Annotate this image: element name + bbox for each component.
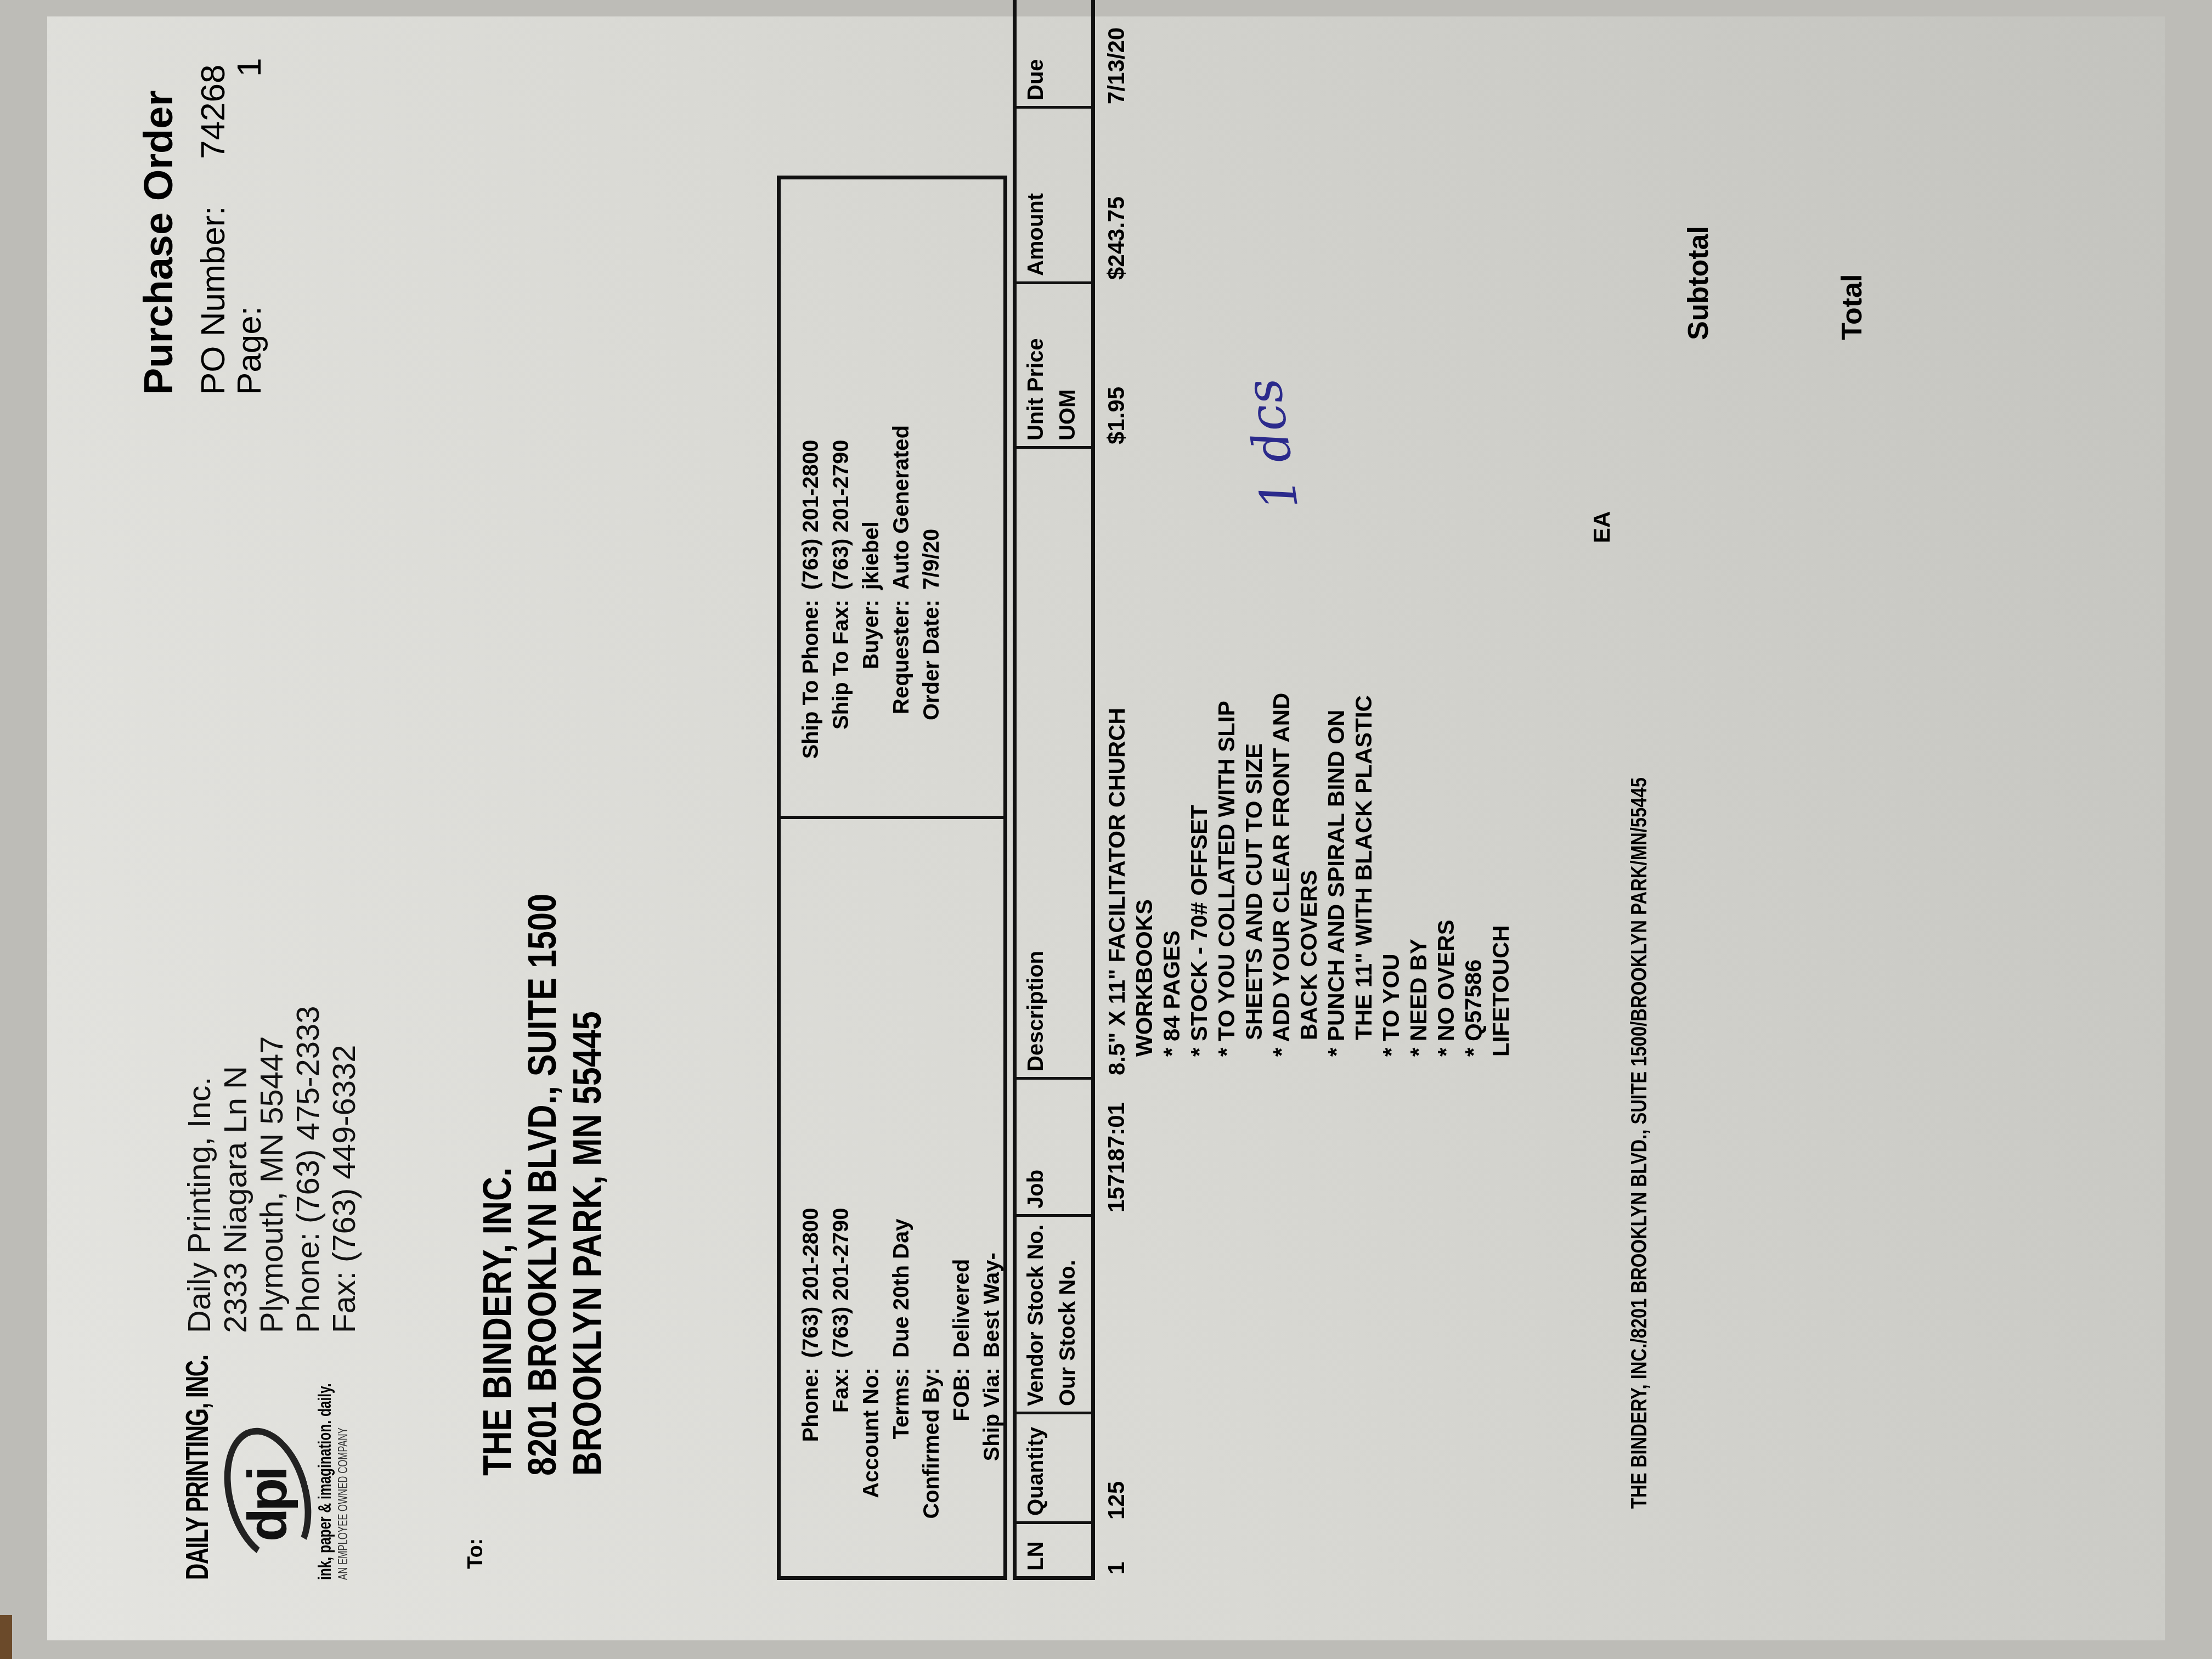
col-unit-price: Unit Price UOM bbox=[1017, 281, 1091, 446]
company-brand: DAILY PRINTING, INC. dpi ink, paper & im… bbox=[179, 1399, 351, 1580]
page-label: Page: bbox=[232, 159, 268, 395]
row-due: 7/13/20 bbox=[1103, 0, 1515, 110]
page-number: 1 bbox=[232, 58, 268, 159]
to-label: To: bbox=[464, 1538, 488, 1569]
row-ln: 1 bbox=[1103, 1525, 1515, 1580]
vendor-info: Phone:(763) 201-2800 Fax:(763) 201-2790 … bbox=[796, 1207, 1007, 1576]
po-meta: PO Number: 74268 Page: 1 bbox=[195, 58, 268, 395]
dpi-logo-icon: dpi bbox=[227, 1426, 309, 1564]
po-number-label: PO Number: bbox=[195, 159, 232, 395]
document-title: Purchase Order bbox=[135, 91, 182, 395]
col-ln: LN bbox=[1017, 1521, 1091, 1576]
subtotal-label: Subtotal bbox=[1682, 226, 1715, 340]
row-unit-price: $1.95 bbox=[1103, 285, 1515, 450]
table-row: 1 125 157187:01 8.5" X 11" FACILITATOR C… bbox=[1103, 0, 1515, 1580]
row-job: 157187:01 bbox=[1103, 1081, 1515, 1218]
row-stock bbox=[1103, 1218, 1515, 1415]
info-divider bbox=[777, 816, 1007, 819]
col-description: Description bbox=[1017, 446, 1091, 1077]
company-address: Daily Printing, Inc. 2333 Niagara Ln N P… bbox=[182, 1006, 363, 1333]
ship-to-line: THE BINDERY, INC./8201 BROOKLYN BLVD., S… bbox=[1627, 777, 1652, 1509]
tagline-employee-owned: AN EMPLOYEE OWNED COMPANY bbox=[336, 1453, 351, 1580]
purchase-order-page: DAILY PRINTING, INC. dpi ink, paper & im… bbox=[47, 16, 2165, 1640]
brand-name: DAILY PRINTING, INC. bbox=[179, 1449, 216, 1580]
col-stock: Vendor Stock No. Our Stock No. bbox=[1017, 1214, 1091, 1412]
total-label: Total bbox=[1836, 274, 1869, 340]
row-amount: $243.75 bbox=[1103, 110, 1515, 285]
order-info-box: Phone:(763) 201-2800 Fax:(763) 201-2790 … bbox=[777, 176, 1007, 1580]
ship-info: Ship To Phone:(763) 201-2800 Ship To Fax… bbox=[796, 425, 947, 808]
po-number: 74268 bbox=[195, 65, 232, 159]
vendor-address: THE BINDERY, INC. 8201 BROOKLYN BLVD., S… bbox=[475, 894, 610, 1476]
col-job: Job bbox=[1017, 1077, 1091, 1214]
col-due: Due bbox=[1017, 0, 1091, 106]
row-quantity: 125 bbox=[1103, 1415, 1515, 1525]
line-items-header: LN Quantity Vendor Stock No. Our Stock N… bbox=[1013, 0, 1095, 1580]
col-amount: Amount bbox=[1017, 106, 1091, 281]
row-description: 8.5" X 11" FACILITATOR CHURCH WORKBOOKS … bbox=[1103, 450, 1515, 1081]
row-uom: EA bbox=[1589, 511, 1615, 543]
col-quantity: Quantity bbox=[1017, 1412, 1091, 1521]
tagline: ink, paper & imagination. daily. bbox=[314, 1449, 336, 1580]
